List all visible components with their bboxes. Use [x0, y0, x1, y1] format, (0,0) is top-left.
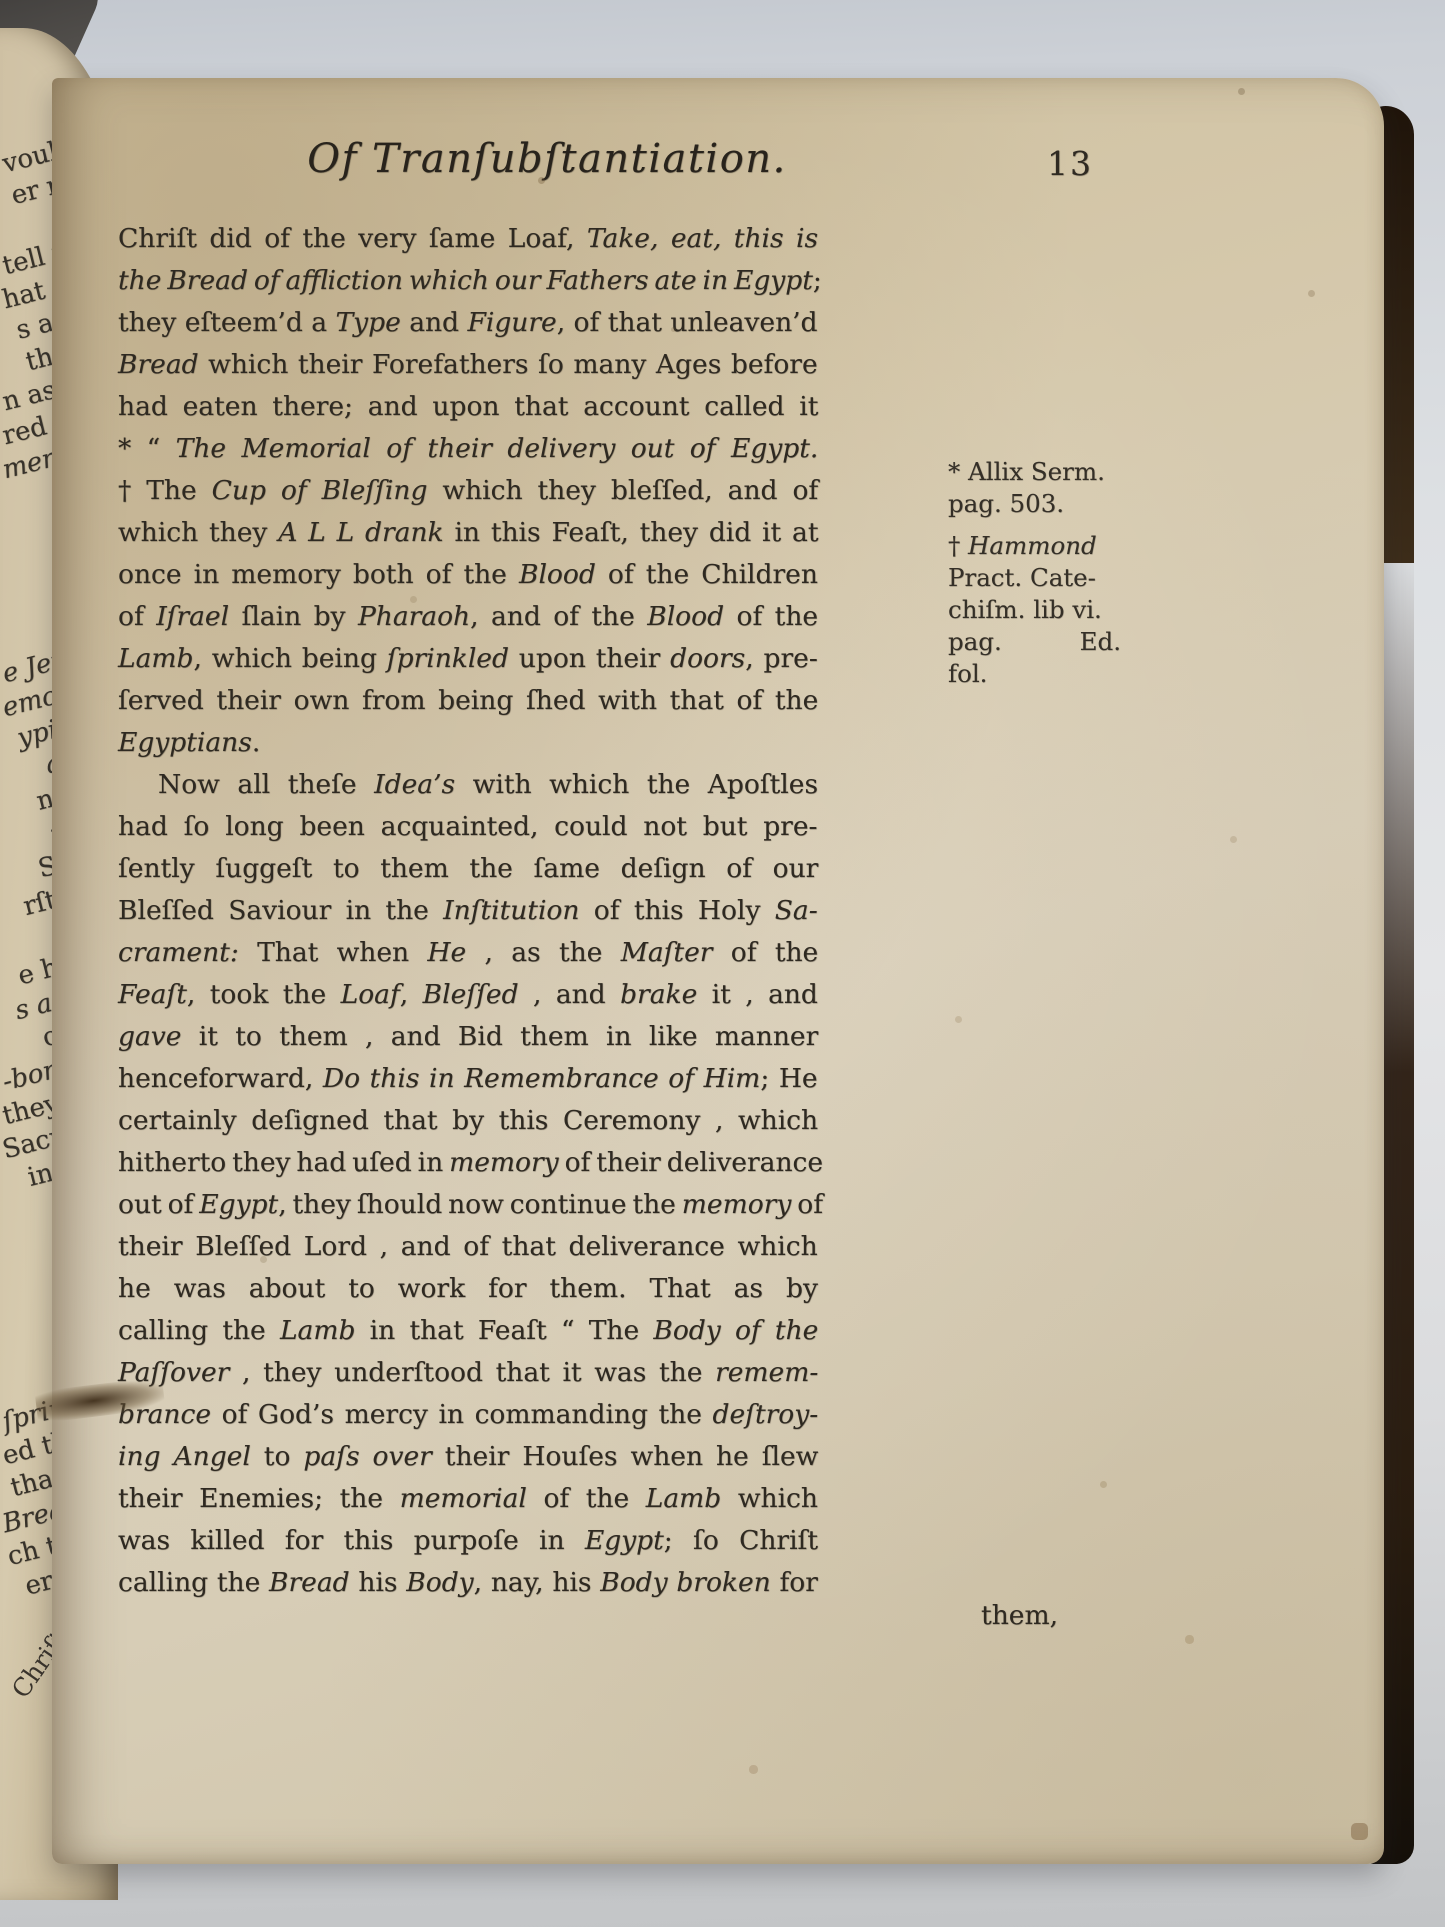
text-segment: Pharaoh	[358, 601, 470, 632]
text-segment: he was about to work for them. That as b…	[118, 1273, 818, 1304]
text-segment: doors	[670, 643, 745, 674]
text-segment: , of that unleaven’d	[557, 307, 818, 338]
text-segment: , they underſtood that it was the	[229, 1357, 715, 1388]
text-segment: of the Children	[596, 559, 818, 590]
text-segment: , and	[519, 979, 621, 1010]
text-segment: Lamb	[280, 1315, 356, 1346]
text-segment: memory	[682, 1189, 792, 1220]
margin-note-line: chiſm. lib vi.	[948, 594, 1228, 626]
text-line: once in memory both of the Blood of the …	[118, 554, 818, 596]
text-line: Bread which their Forefathers ſo many Ag…	[118, 344, 818, 386]
text-segment: pag. 503.	[948, 489, 1064, 518]
text-segment: Figure	[467, 307, 556, 338]
text-segment: Feaſt	[118, 979, 187, 1010]
text-segment: That when	[239, 937, 428, 968]
text-line: henceforward, Do this in Remembrance of …	[118, 1058, 818, 1100]
text-segment: of the	[527, 1483, 646, 1514]
text-line: ſently ſuggeſt to them the ſame deſign o…	[118, 848, 818, 890]
page-number: 13	[1047, 144, 1093, 183]
text-line: calling the Bread his Body, nay, his Bod…	[118, 1562, 818, 1604]
text-line: ſerved their own from being ſhed with th…	[118, 680, 818, 722]
text-segment: Inſtitution	[443, 895, 579, 926]
text-segment: Lamb	[646, 1483, 722, 1514]
text-segment: Blood	[519, 559, 596, 590]
margin-note-line: * Allix Serm.	[948, 456, 1228, 488]
text-segment: and	[401, 307, 468, 338]
text-segment: Chriſt did of the very ſame Loaf,	[118, 223, 587, 254]
text-segment: , pre-	[745, 643, 818, 674]
text-segment: Sa-	[775, 895, 818, 926]
text-segment: ;	[813, 265, 822, 296]
text-line: out of Egypt, they ſhould now continue t…	[118, 1184, 818, 1226]
running-title: Of Tranſubſtantiation.	[287, 136, 807, 182]
text-line: had eaten there; and upon that account c…	[118, 386, 818, 428]
text-line: Chriſt did of the very ſame Loaf, Take, …	[118, 218, 818, 260]
text-segment: calling the	[118, 1567, 269, 1598]
book-page: Of Tranſubſtantiation. 13 Chriſt did of …	[52, 78, 1384, 1864]
text-segment: Cup of Bleſſing	[212, 475, 428, 506]
text-segment: ing Angel	[118, 1441, 251, 1472]
text-segment: †	[948, 531, 968, 560]
text-segment: had eaten there; and upon that account c…	[118, 391, 818, 422]
text-segment: their Houſes when he ſlew	[432, 1441, 819, 1472]
text-segment: it to them , and Bid them in like manner	[181, 1021, 818, 1052]
text-segment: * “	[118, 433, 176, 464]
text-segment: He	[427, 937, 466, 968]
text-segment: of	[791, 1189, 823, 1220]
text-segment: Loaf	[341, 979, 400, 1010]
text-segment: remem-	[715, 1357, 818, 1388]
text-segment: ,	[400, 979, 423, 1010]
text-segment: , took the	[187, 979, 341, 1010]
text-segment: * Allix Serm.	[948, 457, 1105, 486]
text-line: Paſſover , they underſtood that it was t…	[118, 1352, 818, 1394]
text-segment: Do this in Remembrance of Him	[323, 1063, 760, 1094]
text-segment: ſlain by	[229, 601, 358, 632]
text-line: gave it to them , and Bid them in like m…	[118, 1016, 818, 1058]
text-segment: upon their	[509, 643, 670, 674]
text-segment: crament:	[118, 937, 239, 968]
text-line: of Iſrael ſlain by Pharaoh, and of the B…	[118, 596, 818, 638]
text-segment: for	[771, 1567, 818, 1598]
text-segment: Blood	[647, 601, 724, 632]
text-segment: of God’s mercy in commanding the	[211, 1399, 712, 1430]
text-segment: Pract. Cate-	[948, 563, 1096, 592]
text-segment: , and of the	[470, 601, 647, 632]
text-segment: , as the	[466, 937, 620, 968]
text-segment: Type	[335, 307, 400, 338]
margin-note-line: † Hammond	[948, 530, 1228, 562]
text-segment: in this Feaſt, they did it at	[444, 517, 819, 548]
text-line: certainly deſigned that by this Ceremony…	[118, 1100, 818, 1142]
text-segment: out of	[118, 1189, 199, 1220]
text-segment: Maſter	[621, 937, 713, 968]
page-text-block: Chriſt did of the very ſame Loaf, Take, …	[118, 218, 818, 1604]
text-line: crament: That when He , as the Maſter of…	[118, 932, 818, 974]
text-segment: Idea’s	[374, 769, 455, 800]
text-line: brance of God’s mercy in commanding the …	[118, 1394, 818, 1436]
text-segment: ſently ſuggeſt to them the ſame deſign o…	[118, 853, 818, 884]
text-segment: , nay, his	[474, 1567, 601, 1598]
text-segment: of	[118, 601, 156, 632]
text-segment: which they	[118, 517, 278, 548]
text-segment: their Enemies; the	[118, 1483, 400, 1514]
margin-note-line: pag. Ed.	[948, 626, 1228, 658]
text-segment: which	[721, 1483, 818, 1514]
text-segment: which their Forefathers ſo many Ages bef…	[199, 349, 818, 380]
text-line: was killed for this purpoſe in Egypt; ſo…	[118, 1520, 818, 1562]
text-segment: gave	[118, 1021, 181, 1052]
text-segment: of the	[712, 937, 818, 968]
paper-specks	[52, 78, 55, 81]
catchword: them,	[118, 1600, 1058, 1631]
text-segment: Take, eat, this is	[587, 223, 818, 254]
text-segment: ſprinkled	[387, 643, 509, 674]
text-line: Now all theſe Idea’s with which the Apoſ…	[118, 764, 818, 806]
text-segment: Iſrael	[156, 601, 229, 632]
text-line: Feaſt, took the Loaf, Bleſſed , and brak…	[118, 974, 818, 1016]
margin-note-line: pag. 503.	[948, 488, 1228, 520]
text-segment: Body of the	[653, 1315, 818, 1346]
text-segment: they eſteem’d a	[118, 307, 335, 338]
text-segment: in that Feaſt “ The	[355, 1315, 653, 1346]
margin-note: * Allix Serm.pag. 503.	[948, 456, 1228, 520]
text-segment: of this Holy	[579, 895, 774, 926]
text-segment: memory	[449, 1147, 559, 1178]
text-segment: Egypt	[585, 1525, 664, 1556]
text-line: † The Cup of Bleſſing which they bleſſed…	[118, 470, 818, 512]
text-segment: Bread	[118, 349, 199, 380]
margin-note: † HammondPract. Cate-chiſm. lib vi.pag. …	[948, 530, 1228, 690]
text-line: Egyptians.	[118, 722, 818, 764]
text-line: Lamb, which being ſprinkled upon their d…	[118, 638, 818, 680]
text-line: calling the Lamb in that Feaſt “ The Bod…	[118, 1310, 818, 1352]
text-segment: with which the Apoſtles	[455, 769, 818, 800]
text-segment: of their deliverance	[559, 1147, 823, 1178]
text-segment: the Bread of affliction which our Father…	[118, 265, 813, 296]
text-segment: certainly deſigned that by this Ceremony…	[118, 1105, 818, 1136]
text-segment: henceforward,	[118, 1063, 323, 1094]
text-segment: paſs over	[303, 1441, 431, 1472]
text-segment: Bread	[269, 1567, 350, 1598]
text-line: had ſo long been acquainted, could not b…	[118, 806, 818, 848]
text-segment: , they ſhould now continue the	[278, 1189, 682, 1220]
text-segment: Hammond	[968, 531, 1097, 560]
text-segment: it , and	[697, 979, 818, 1010]
text-segment: Egyptians	[118, 727, 252, 758]
text-line: their Enemies; the memorial of the Lamb …	[118, 1478, 818, 1520]
text-segment: pag. Ed.	[948, 627, 1121, 656]
text-segment: memorial	[400, 1483, 527, 1514]
text-line: * “ The Memorial of their delivery out o…	[118, 428, 818, 470]
text-line: Bleſſed Saviour in the Inſtitution of th…	[118, 890, 818, 932]
photo-backdrop: vould beer mantell us, what engags are c…	[0, 0, 1445, 1927]
text-line: they eſteem’d a Type and Figure, of that…	[118, 302, 818, 344]
text-line: he was about to work for them. That as b…	[118, 1268, 818, 1310]
text-segment: fol.	[948, 659, 987, 688]
margin-note-line: Pract. Cate-	[948, 562, 1228, 594]
text-segment: ; He	[760, 1063, 817, 1094]
text-segment: , which being	[194, 643, 387, 674]
text-line: their Bleſſed Lord , and of that deliver…	[118, 1226, 818, 1268]
text-line: the Bread of affliction which our Father…	[118, 260, 818, 302]
text-segment: of the	[724, 601, 818, 632]
text-segment: Lamb	[118, 643, 194, 674]
text-segment: which they bleſſed, and of	[427, 475, 818, 506]
text-segment: .	[252, 727, 260, 758]
text-segment: once in memory both of the	[118, 559, 519, 590]
text-segment: Now all theſe	[158, 769, 374, 800]
text-line: ing Angel to paſs over their Houſes when…	[118, 1436, 818, 1478]
text-segment: Body broken	[600, 1567, 771, 1598]
text-line: hitherto they had uſed in memory of thei…	[118, 1142, 818, 1184]
margin-note-line: fol.	[948, 658, 1228, 690]
text-segment: to	[251, 1441, 304, 1472]
text-segment: chiſm. lib vi.	[948, 595, 1102, 624]
text-segment: † The	[118, 475, 212, 506]
text-segment: Egypt	[199, 1189, 278, 1220]
text-segment: calling the	[118, 1315, 280, 1346]
text-segment: deſtroy-	[713, 1399, 819, 1430]
text-segment: Body	[406, 1567, 473, 1598]
text-segment: ſerved their own from being ſhed with th…	[118, 685, 818, 716]
text-line: which they A L L drank in this Feaſt, th…	[118, 512, 818, 554]
text-segment: had ſo long been acquainted, could not b…	[118, 811, 818, 842]
text-segment: The Memorial of their delivery out of Eg…	[176, 433, 819, 464]
text-segment: A L L drank	[278, 517, 443, 548]
margin-notes: * Allix Serm.pag. 503.† HammondPract. Ca…	[948, 456, 1228, 700]
text-segment: Bleſſed	[423, 979, 519, 1010]
text-segment: was killed for this purpoſe in	[118, 1525, 585, 1556]
text-segment: hitherto they had uſed in	[118, 1147, 449, 1178]
text-segment: brake	[620, 979, 697, 1010]
text-segment: ; ſo Chriſt	[664, 1525, 818, 1556]
text-segment: Bleſſed Saviour in the	[118, 895, 443, 926]
text-segment: his	[350, 1567, 407, 1598]
text-segment: their Bleſſed Lord , and of that deliver…	[118, 1231, 818, 1262]
